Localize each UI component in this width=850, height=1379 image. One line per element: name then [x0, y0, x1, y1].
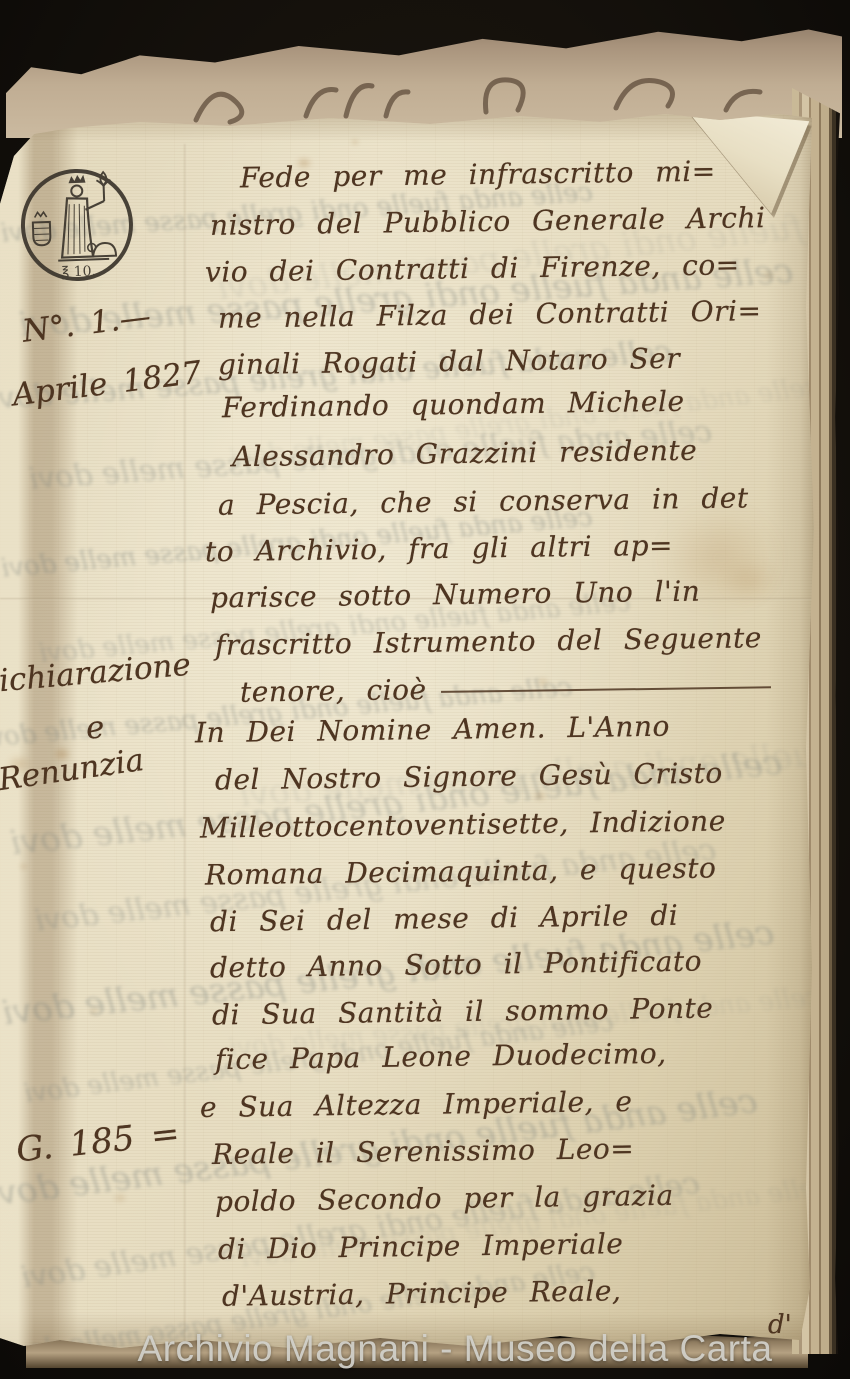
margin-date: Aprile 1827: [11, 355, 204, 414]
manuscript-line: vio dei Contratti di Firenze, co=: [205, 248, 740, 288]
manuscript-line: ginali Rogati dal Notaro Ser: [218, 342, 681, 381]
manuscript-line: di Sua Santità il sommo Ponte: [212, 992, 714, 1032]
manuscript-line: d'Austria, Principe Reale,: [222, 1274, 622, 1313]
foxing-stain: [88, 1006, 100, 1016]
manuscript-line: Ferdinando quondam Michele: [222, 385, 685, 424]
margin-title-line3: Renunzia: [0, 742, 146, 798]
manuscript-line: me nella Filza dei Contratti Ori=: [218, 294, 762, 335]
manuscript-line: detto Anno Sotto il Pontificato: [210, 945, 702, 985]
margin-title-line1: Dichiarazione: [0, 647, 192, 702]
manuscript-line: to Archivio, fra gli altri ap=: [205, 529, 673, 569]
foxing-stain: [350, 138, 360, 146]
foxing-stain: [18, 862, 29, 871]
foxing-stain: [762, 270, 775, 280]
manuscript-line: parisce sotto Numero Uno l'in: [210, 575, 701, 615]
manuscript-line: tenore, cioè: [240, 668, 771, 708]
photo-background: ℥ 10. N°. 1.— Aprile 1827 Dichiarazione …: [0, 0, 850, 1379]
manuscript-line: frascritto Istrumento del Seguente: [215, 621, 762, 662]
manuscript-line: nistro del Pubblico Generale Archi: [210, 201, 766, 242]
manuscript-line: del Nostro Signore Gesù Cristo: [215, 756, 723, 796]
manuscript-line: Milleottocentoventisette, Indizione: [200, 804, 726, 844]
manuscript-page: ℥ 10. N°. 1.— Aprile 1827 Dichiarazione …: [0, 108, 826, 1352]
manuscript-line: Fede per me infrascritto mi=: [240, 155, 716, 195]
manuscript-line: Alessandro Grazzini residente: [232, 434, 698, 473]
manuscript-line: e Sua Altezza Imperiale, e: [200, 1085, 633, 1124]
revenue-stamp-icon: ℥ 10.: [16, 162, 138, 290]
margin-title-line2: e: [84, 709, 105, 746]
manuscript-line: Romana Decimaquinta, e questo: [205, 851, 717, 891]
manuscript-line: Reale il Serenissimo Leo=: [212, 1132, 635, 1171]
margin-entry-number: N°. 1.—: [20, 298, 152, 349]
margin-fee: G. 185 =: [14, 1114, 181, 1171]
manuscript-line: poldo Secondo per la grazia: [215, 1179, 674, 1218]
manuscript-line: In Dei Nomine Amen. L'Anno: [195, 710, 670, 750]
foxing-stain: [112, 1192, 128, 1204]
stamp-value-text: ℥ 10.: [61, 263, 96, 280]
manuscript-line: di Dio Principe Imperiale: [218, 1227, 624, 1266]
manuscript-line: fice Papa Leone Duodecimo,: [215, 1037, 667, 1076]
manuscript-line: a Pescia, che si conserva in det: [218, 481, 749, 521]
watermark-caption: Archivio Magnani - Museo della Carta: [138, 1328, 773, 1370]
manuscript-line: di Sei del mese di Aprile di: [210, 899, 679, 939]
vertical-fold-crease: [184, 144, 187, 1344]
